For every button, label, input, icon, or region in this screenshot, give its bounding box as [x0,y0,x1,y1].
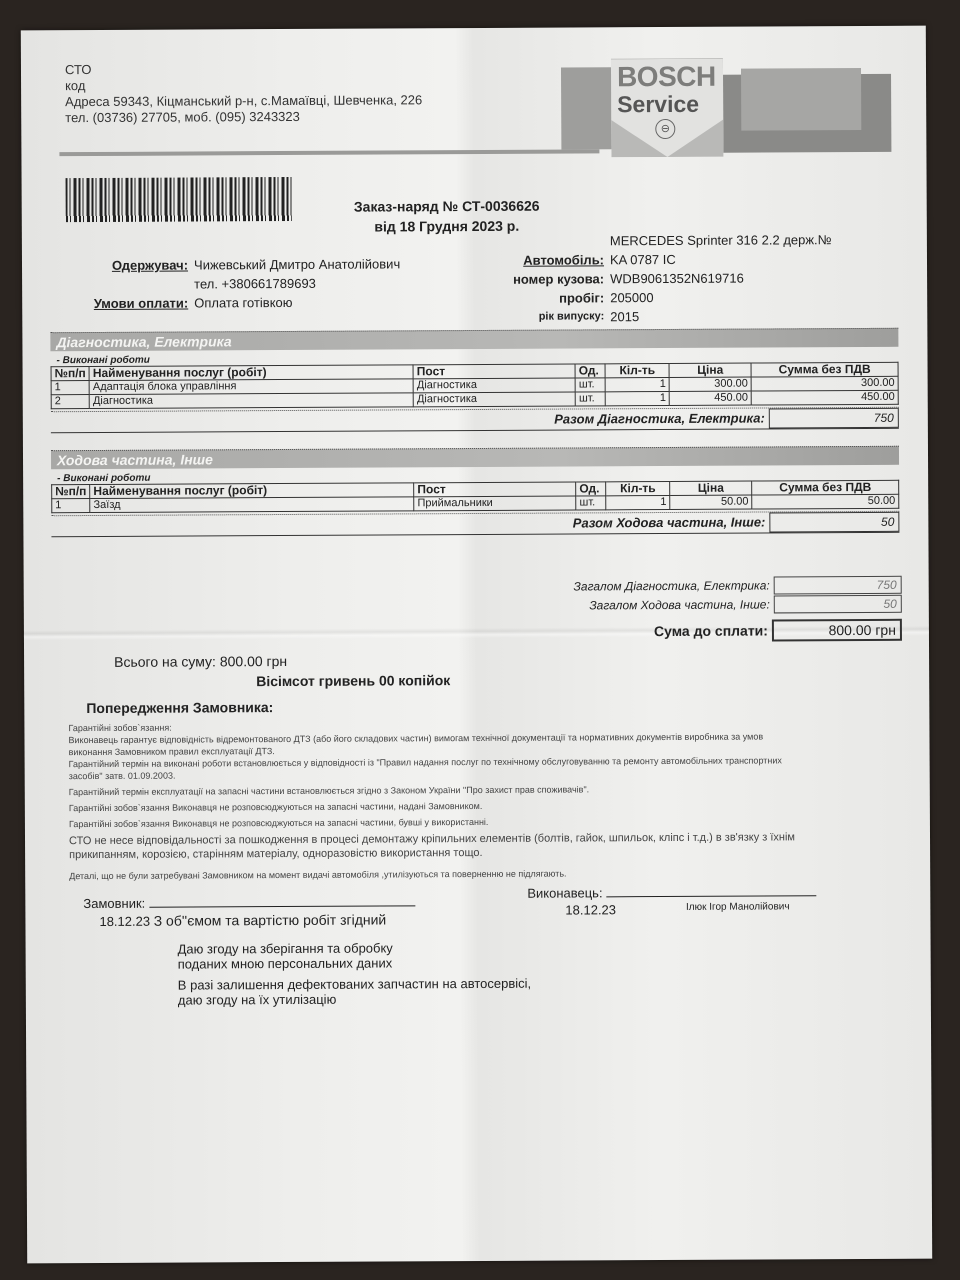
works-table: №п/пНайменування послуг (робіт)ПостОд.Кі… [51,480,899,513]
recipient-name: Чижевський Дмитро Анатолійович [194,254,400,274]
section-total-label: Разом Діагностика, Електрика: [550,408,769,429]
vehicle-plate: KA 0787 IC [610,250,676,269]
sum-total-words: Вісімсот гривень 00 копійок [114,670,450,692]
bosch-emblem-icon: ⊖ [655,119,675,139]
customer-agree: З об''ємом та вартістю робіт згідний [154,911,387,928]
year-label: рік випуску: [492,307,610,327]
sum-total-label: Всього на суму: [114,653,216,670]
section-total: Разом Діагностика, Електрика: 750 [51,407,899,433]
mileage-value: 205000 [610,288,653,307]
section-chassis: Ходова частина, Інше - Виконані роботи №… [51,446,899,537]
customer-sign-line [149,905,415,907]
order-number: Заказ-наряд № СТ-0036626 [322,195,572,216]
order-title: Заказ-наряд № СТ-0036626 від 18 Грудня 2… [322,195,572,236]
company-header: СТО код Адреса 59343, Кіцманський р-н, с… [65,60,422,126]
customer-warnings: Попередження Замовника: Гарантійні зобов… [68,696,899,882]
year-value: 2015 [610,307,639,326]
warning-line: Гарантійні зобов`язання Виконавця не роз… [69,798,899,814]
consent-block: Даю згоду на зберігання та обробку подан… [178,934,532,1008]
company-address: Адреса 59343, Кіцманський р-н, с.Мамаївц… [65,92,422,110]
grand-totals: Загалом Діагностика, Електрика:750 Загал… [504,576,902,644]
order-document: СТО код Адреса 59343, Кіцманський р-н, с… [21,26,932,1264]
company-name: СТО [65,60,422,78]
warnings-title: Попередження Замовника: [86,696,898,716]
bosch-service-logo: BOSCH Service ⊖ [561,44,892,158]
company-code: код [65,76,422,94]
payment-value: Оплата готівкою [194,293,292,313]
warning-line: Деталі, що не були затребувані Замовнико… [69,866,899,882]
works-table: №п/пНайменування послуг (робіт)ПостОд.Кі… [51,362,899,409]
vehicle-model: MERCEDES Sprinter 316 2.2 держ.№ [610,230,832,250]
customer-info: Одержувач:Чижевський Дмитро Анатолійович… [66,254,400,313]
contractor-sign-date: 18.12.23 [565,902,616,917]
logo-brand: BOSCH [617,61,716,94]
sum-total-value: 800.00 грн [220,653,287,669]
car-label: Автомобіль: [523,252,604,267]
contractor-signature: Виконавець: 18.12.23Ілюк Ігор Манолійови… [527,884,816,918]
consent-line: даю згоду на їх утилізацію [178,991,531,1008]
header-divider [59,149,599,156]
pay-label: Сума до сплати: [654,622,772,639]
vehicle-info: MERCEDES Sprinter 316 2.2 держ.№ Автомоб… [492,230,832,327]
sum-total: Всього на суму: 800.00 грн Вісімсот грив… [114,650,450,692]
warning-line: Гарантійні зобов`язання Виконавця не роз… [69,814,899,830]
customer-sign-label: Замовник: [83,896,145,911]
warning-line: Гарантійний термін експлуатації на запас… [69,782,899,798]
payment-label: Умови оплати: [94,296,188,311]
contractor-name: Ілюк Ігор Манолійович [686,901,790,917]
barcode [66,177,292,222]
diag-total-label: Загалом Діагностика, Електрика: [574,578,774,593]
contractor-sign-line [606,895,816,897]
body-number: WDB9061352N619716 [610,269,744,289]
warning-line: прикипанням, корозією, старінням матеріа… [69,844,899,862]
chassis-total-label: Загалом Ходова частина, Інше: [589,597,774,612]
pay-value: 800.00 грн [772,619,902,642]
body-label: номер кузова: [492,269,610,289]
recipient-phone: тел. +380661789693 [194,274,316,294]
section-total-value: 750 [769,408,899,429]
diag-total-value: 750 [774,576,902,595]
consent-line: В разі залишення дефектованих запчастин … [178,976,531,993]
recipient-label: Одержувач: [112,258,188,273]
customer-signature: Замовник: 18.12.23 З об''ємом та вартіст… [83,894,415,929]
chassis-total-value: 50 [774,595,902,614]
consent-line: поданих мною персональних даних [178,955,531,972]
logo-sub: Service [617,91,699,118]
mileage-label: пробіг: [492,288,610,308]
section-title: Діагностика, Електрика [50,328,898,351]
section-total-value: 50 [769,512,899,533]
section-diagnostics: Діагностика, Електрика - Виконані роботи… [50,328,899,433]
section-total-label: Разом Ходова частина, Інше: [569,512,770,533]
customer-sign-date: 18.12.23 [99,914,150,929]
company-phones: тел. (03736) 27705, моб. (095) 3243323 [65,108,422,126]
section-total: Разом Ходова частина, Інше: 50 [51,511,899,537]
contractor-sign-label: Виконавець: [527,885,602,900]
section-title: Ходова частина, Інше [51,446,899,469]
